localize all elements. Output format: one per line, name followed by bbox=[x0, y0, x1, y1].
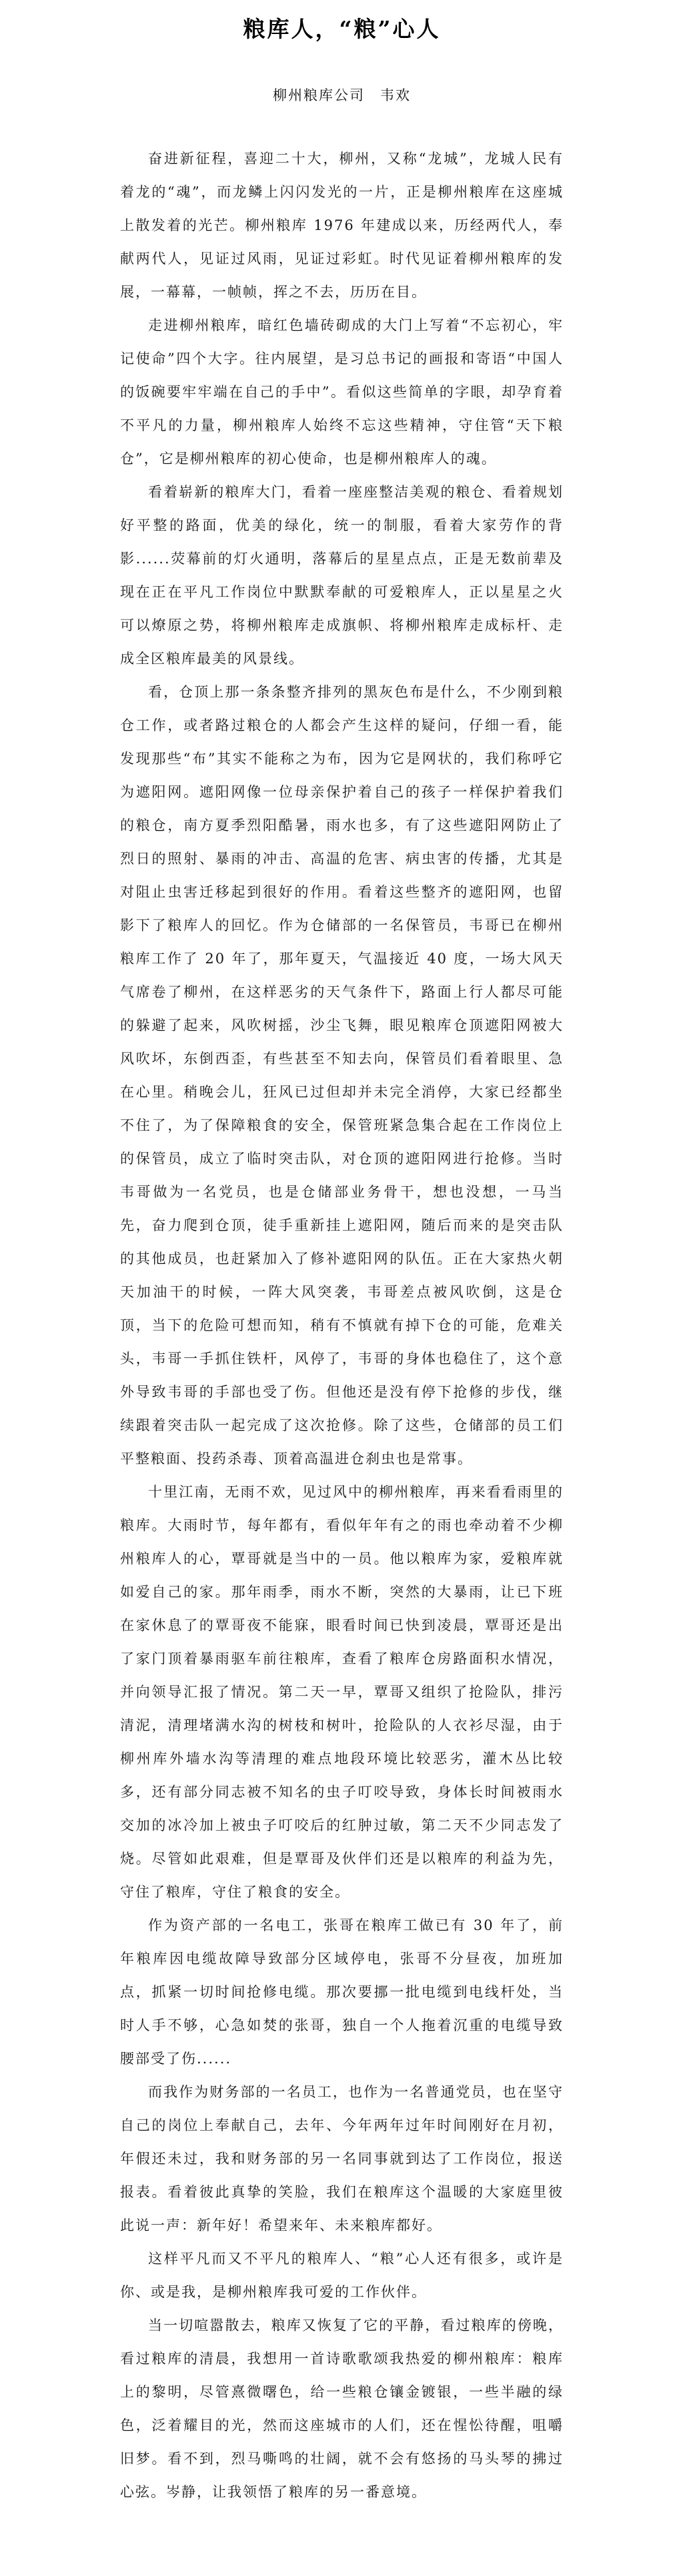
paragraph-electrician: 作为资产部的一名电工，张哥在粮库工做已有 30 年了，前年粮库因电缆故障导致部分… bbox=[120, 1909, 564, 2075]
paragraph-shade-net-story: 看，仓顶上那一条条整齐排列的黑灰色布是什么，不少刚到粮仓工作，或者路过粮仓的人都… bbox=[120, 675, 564, 1475]
paragraph-closing-poem: 当一切喧嚣散去，粮库又恢复了它的平静，看过粮库的傍晚，看过粮库的清晨，我想用一首… bbox=[120, 2309, 564, 2509]
document-page: 粮库人，“粮”心人 柳州粮库公司韦欢 奋进新征程，喜迎二十大，柳州，又称“龙城”… bbox=[0, 0, 683, 2576]
author-affiliation: 柳州粮库公司 bbox=[273, 87, 365, 103]
paragraph-gate-motto: 走进柳州粮库，暗红色墙砖砌成的大门上写着“不忘初心，牢记使命”四个大字。往内展望… bbox=[120, 309, 564, 475]
paragraph-scenery: 看着崭新的粮库大门，看着一座座整洁美观的粮仓、看着规划好平整的路面，优美的绿化，… bbox=[120, 475, 564, 675]
document-body: 奋进新征程，喜迎二十大，柳州，又称“龙城”，龙城人民有着龙的“魂”，而龙鳞上闪闪… bbox=[120, 142, 564, 2509]
document-title: 粮库人，“粮”心人 bbox=[120, 12, 564, 43]
author-name: 韦欢 bbox=[380, 87, 411, 103]
paragraph-intro: 奋进新征程，喜迎二十大，柳州，又称“龙城”，龙城人民有着龙的“魂”，而龙鳞上闪闪… bbox=[120, 142, 564, 309]
paragraph-finance-staff: 而我作为财务部的一名员工，也作为一名普通党员，也在坚守自己的岗位上奉献自己，去年… bbox=[120, 2075, 564, 2242]
author-byline: 柳州粮库公司韦欢 bbox=[120, 85, 564, 105]
paragraph-rain-story: 十里江南，无雨不欢，见过风中的柳州粮库，再来看看雨里的粮库。大雨时节，每年都有，… bbox=[120, 1475, 564, 1909]
paragraph-colleagues: 这样平凡而又不平凡的粮库人、“粮”心人还有很多，或许是你、或是我，是柳州粮库我可… bbox=[120, 2242, 564, 2309]
